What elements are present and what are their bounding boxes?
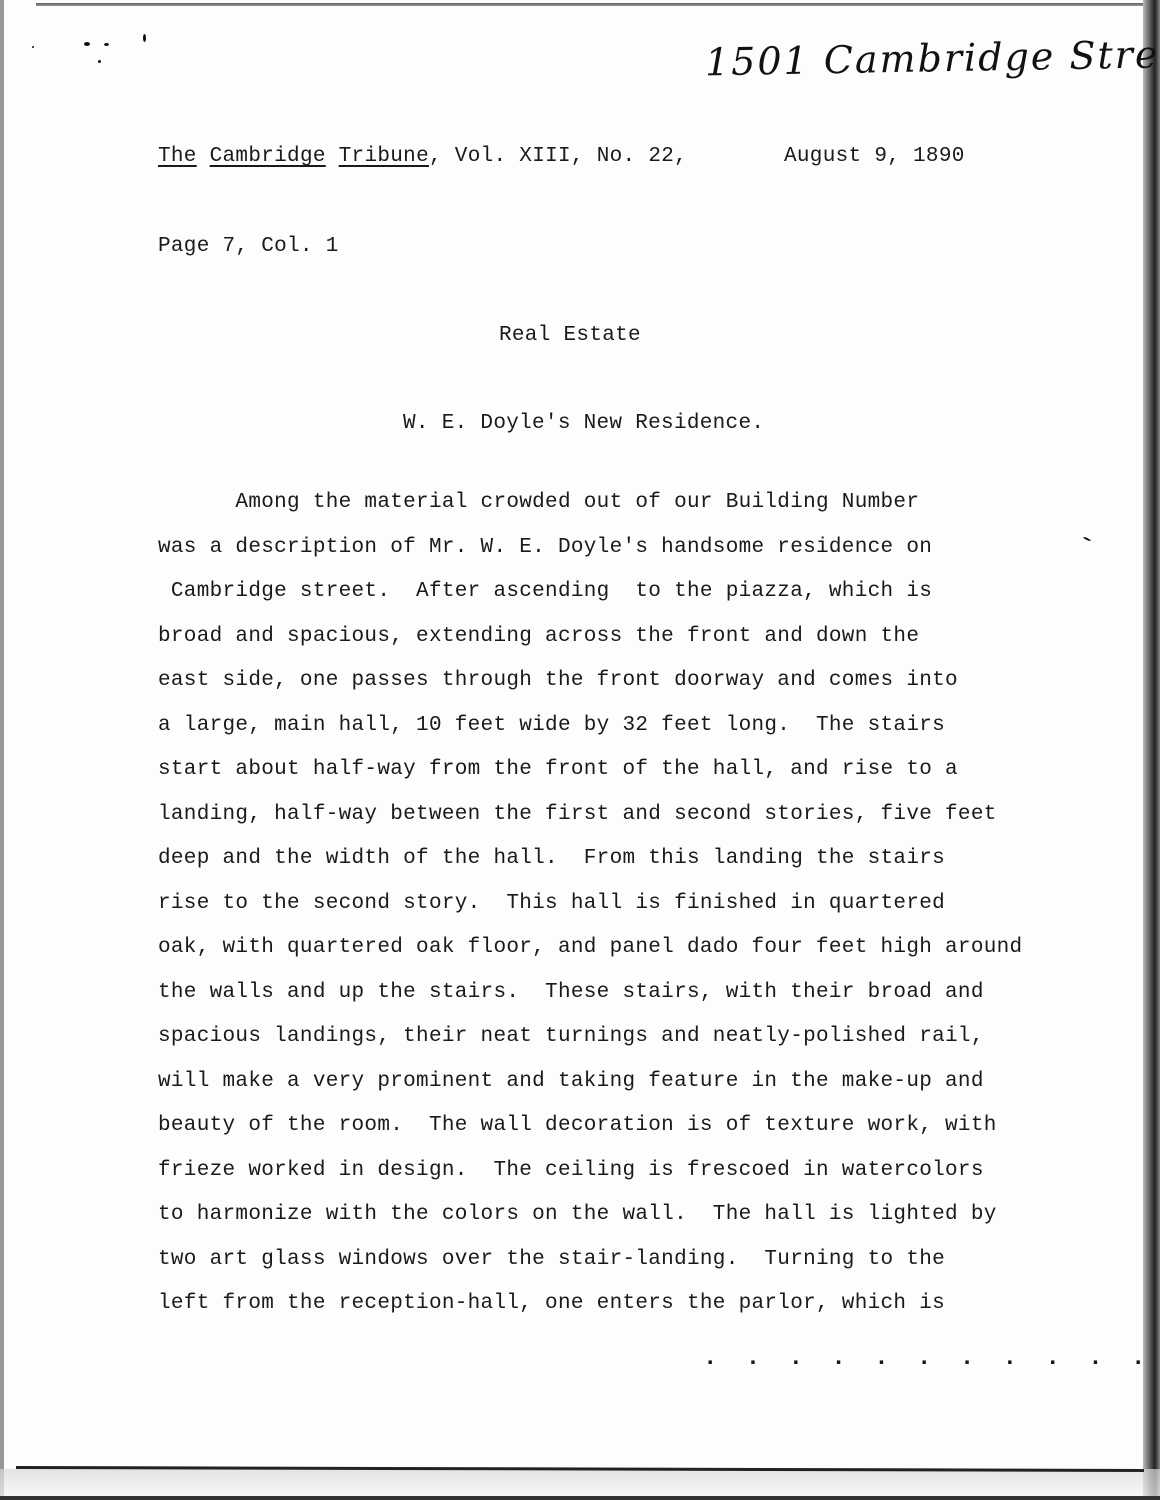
section-title: Real Estate	[499, 325, 641, 346]
body-line: beauty of the room. The wall decoration …	[158, 1115, 1022, 1160]
body-line: was a description of Mr. W. E. Doyle's h…	[158, 537, 1022, 582]
issue-info: , Vol. XIII, No. 22,	[429, 145, 687, 168]
publication-date: August 9, 1890	[784, 146, 965, 167]
publication-word: Cambridge	[210, 145, 326, 168]
scan-edge-right	[1143, 0, 1160, 1500]
scan-speck	[32, 46, 34, 48]
body-line: the walls and up the stairs. These stair…	[158, 982, 1022, 1027]
continuation-marker: . . . . . . . . . . .	[703, 1345, 1152, 1372]
body-line: two art glass windows over the stair-lan…	[158, 1249, 1022, 1294]
body-line: will make a very prominent and taking fe…	[158, 1071, 1022, 1116]
body-line: Cambridge street. After ascending to the…	[158, 581, 1022, 626]
article-headline: W. E. Doyle's New Residence.	[403, 413, 764, 434]
publication-word: The	[158, 145, 197, 168]
scan-speck	[104, 43, 109, 46]
scan-speck	[98, 60, 101, 63]
body-line: broad and spacious, extending across the…	[158, 626, 1022, 671]
body-line: Among the material crowded out of our Bu…	[158, 492, 1022, 537]
body-line: spacious landings, their neat turnings a…	[158, 1026, 1022, 1071]
scan-speck	[1083, 536, 1091, 541]
scan-edge-top	[36, 3, 1146, 6]
body-line: landing, half-way between the first and …	[158, 804, 1022, 849]
body-line: rise to the second story. This hall is f…	[158, 893, 1022, 938]
scan-speck	[84, 42, 90, 46]
scan-edge-bottom-line	[0, 1496, 1160, 1500]
page-reference: Page 7, Col. 1	[158, 236, 339, 257]
scan-edge-left	[0, 0, 4, 1500]
citation-line: The Cambridge Tribune, Vol. XIII, No. 22…	[158, 146, 687, 167]
body-line: a large, main hall, 10 feet wide by 32 f…	[158, 715, 1022, 760]
handwritten-address-note: 1501 Cambridge Street	[705, 32, 1160, 85]
scan-speck	[143, 34, 146, 42]
body-line: to harmonize with the colors on the wall…	[158, 1204, 1022, 1249]
body-line: east side, one passes through the front …	[158, 670, 1022, 715]
article-body: Among the material crowded out of our Bu…	[158, 492, 1022, 1338]
publication-word: Tribune	[339, 145, 429, 168]
body-line: deep and the width of the hall. From thi…	[158, 848, 1022, 893]
document-page: 1501 Cambridge Street The Cambridge Trib…	[0, 0, 1160, 1500]
scan-edge-bottom-shadow	[0, 1469, 1160, 1497]
body-line: frieze worked in design. The ceiling is …	[158, 1160, 1022, 1205]
body-line: oak, with quartered oak floor, and panel…	[158, 937, 1022, 982]
body-line: left from the reception-hall, one enters…	[158, 1293, 1022, 1338]
body-line: start about half-way from the front of t…	[158, 759, 1022, 804]
